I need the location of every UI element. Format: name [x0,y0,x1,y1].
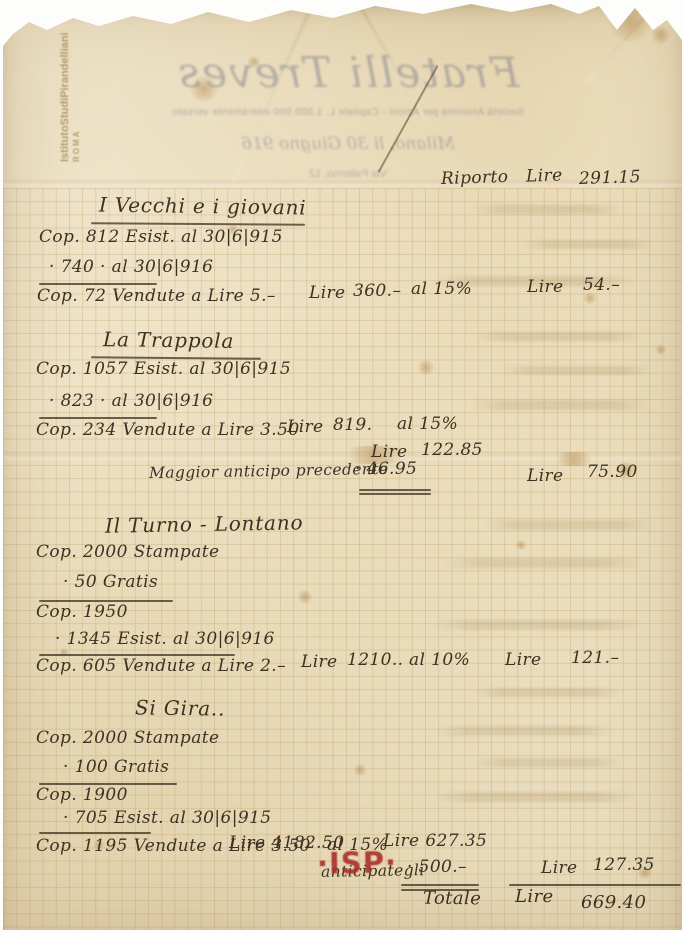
underline [39,832,151,834]
stain [297,590,313,604]
section1-existing-1916: · 740 · al 30|6|916 [49,257,213,277]
section1-gross-currency: Lire [309,283,346,303]
double-underline [359,489,431,491]
ghost-letterhead-address: Via Palermo, 12 [113,168,583,180]
show-through-ghost [473,688,623,697]
show-through-ghost [503,366,653,375]
double-underline [359,493,431,495]
section4-remaining: Cop. 1900 [36,785,128,805]
ghost-letterhead: Fratelli Treves Società Anonima per Azio… [113,48,583,180]
section3-sold: Cop. 605 Vendute a Lire 2.– [36,656,286,676]
section2-net-currency: Lire [527,466,564,486]
section2-existing-1915: Cop. 1057 Esist. al 30|6|915 [36,359,291,379]
section2-deduction-amount: · 46.95 [355,459,417,479]
riporto-label: Riporto [441,167,509,189]
section2-gross-amount: 819. [333,415,372,435]
section4-existing-1915: · 705 Esist. al 30|6|915 [63,808,272,828]
section3-royalty-currency: Lire [505,650,542,670]
underline [39,283,157,285]
manuscript-sheet: Fratelli Treves Società Anonima per Azio… [3,0,682,930]
section3-royalty-amount: 121.– [571,648,619,668]
section4-printed: Cop. 2000 Stampate [36,728,219,748]
section2-gross-currency: Lire [287,417,324,437]
section3-rate: al 10% [409,650,470,670]
ghost-letterhead-brand: Fratelli Treves [113,48,583,97]
archive-stamp: IstitutoStudiPirandelliani ROMA [59,12,83,162]
show-through-ghost [473,205,623,214]
stain [651,26,671,44]
section4-net-amount: 127.35 [593,855,655,875]
section2-subtotal-amount: 122.85 [421,440,483,460]
underline [39,417,157,419]
section1-title: I Vecchi e i giovani [99,193,307,220]
show-through-ghost [473,758,623,767]
riporto-amount: 291.15 [579,167,641,189]
section1-royalty-amount: 54.– [583,275,620,295]
isp-watermark: ·ISP· [317,845,398,880]
section2-net-amount: 75.90 [587,462,638,482]
section1-rate: al 15% [411,279,472,299]
show-through-ghost [483,520,653,530]
section4-advance-amount: · 500.– [407,857,467,877]
show-through-ghost [435,792,635,802]
section3-gross-currency: Lire [301,652,338,672]
ghost-letterhead-dateline: Milano, li 30 Giugno 916 [113,134,583,154]
total-label: Totale [423,888,482,910]
section2-existing-1916: · 823 · al 30|6|916 [49,391,213,411]
section1-sold: Cop. 72 Vendute a Lire 5.– [37,286,276,306]
section1-gross-amount: 360.– [353,281,401,301]
riporto-currency: Lire [526,165,563,186]
section4-gratis: · 100 Gratis [63,757,169,777]
section4-title: Si Gira.. [135,695,226,720]
show-through-ghost [473,332,643,341]
stain [655,344,667,355]
archive-stamp-city: ROMA [72,130,81,162]
section2-title: La Trappola [103,327,234,353]
section3-remaining: Cop. 1950 [36,602,128,622]
total-amount: 669.40 [581,892,646,913]
section4-net-currency: Lire [541,858,578,878]
show-through-ghost [443,558,643,568]
show-through-ghost [435,726,615,736]
stain [515,540,527,550]
section1-existing-1915: Cop. 812 Esist. al 30|6|915 [39,227,283,247]
section3-existing-1916: · 1345 Esist. al 30|6|916 [55,629,275,649]
section3-gross-amount: 1210.. [347,650,403,670]
section1-royalty-currency: Lire [527,277,564,297]
show-through-ghost [471,400,651,410]
total-currency: Lire [515,886,554,907]
section3-printed: Cop. 2000 Stampate [36,542,219,562]
section3-gratis: · 50 Gratis [63,572,158,592]
show-through-ghost [523,240,653,249]
section4-royalty: Lire 627.35 [383,831,487,851]
section2-sold: Cop. 234 Vendute a Lire 3.50 [36,420,300,440]
section2-rate: al 15% [397,414,458,434]
section3-title: Il Turno - Lontano [105,510,304,537]
show-through-ghost [433,620,643,630]
ghost-letterhead-subtitle: Società Anonima per Azioni - Capitale L.… [113,107,583,118]
archive-stamp-name: IstitutoStudiPirandelliani [59,32,71,162]
stain [607,2,653,42]
double-underline [401,884,479,886]
stain [353,764,367,776]
stain [417,360,435,375]
